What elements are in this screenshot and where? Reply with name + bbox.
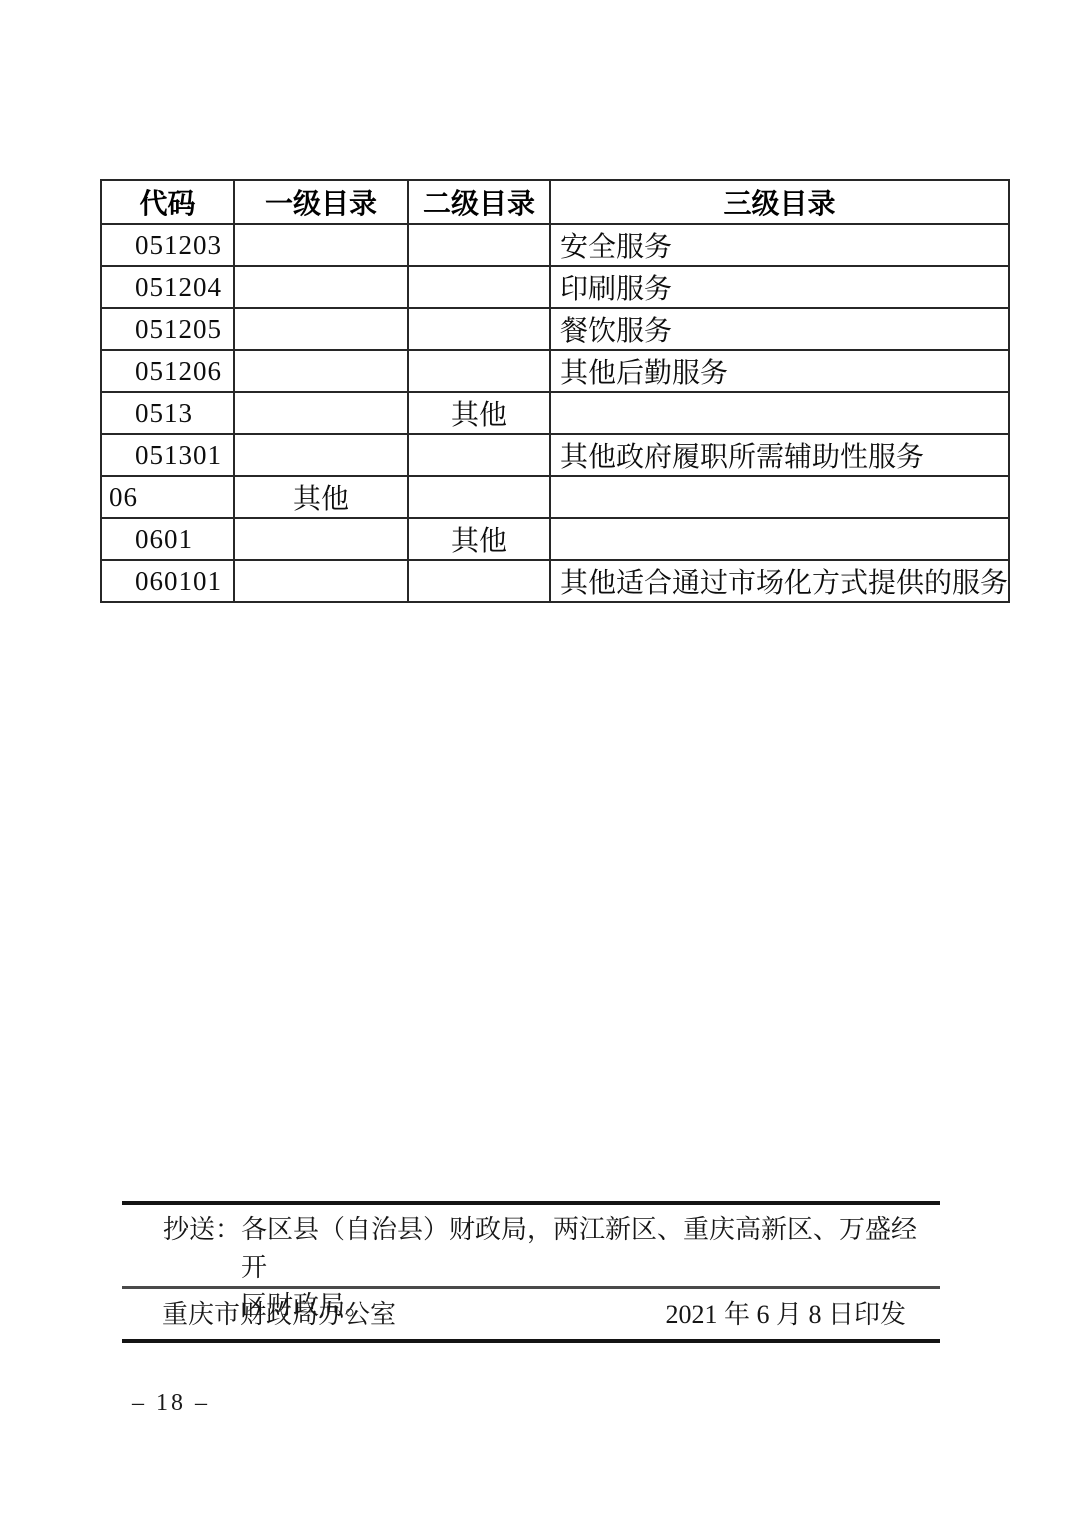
cell-code: 051206	[101, 350, 234, 392]
page-number: – 18 –	[132, 1390, 210, 1417]
cell-code: 0601	[101, 518, 234, 560]
cell-level1	[234, 266, 408, 308]
cell-level1	[234, 224, 408, 266]
table-row: 051206 其他后勤服务	[101, 350, 1009, 392]
cell-level2	[408, 350, 550, 392]
cell-level2	[408, 560, 550, 602]
cell-level2: 其他	[408, 518, 550, 560]
cell-level3	[550, 518, 1009, 560]
print-date: 2021 年 6 月 8 日印发	[665, 1298, 906, 1332]
cell-level2	[408, 476, 550, 518]
table-row: 051301 其他政府履职所需辅助性服务	[101, 434, 1009, 476]
cell-code: 051204	[101, 266, 234, 308]
table-row: 051205 餐饮服务	[101, 308, 1009, 350]
cell-code: 060101	[101, 560, 234, 602]
cell-level3: 其他政府履职所需辅助性服务	[550, 434, 1009, 476]
cell-code: 0513	[101, 392, 234, 434]
cell-code: 051301	[101, 434, 234, 476]
cell-level1: 其他	[234, 476, 408, 518]
col-header-level3: 三级目录	[550, 180, 1009, 224]
cell-code: 051205	[101, 308, 234, 350]
cell-level1	[234, 560, 408, 602]
table-header-row: 代码 一级目录 二级目录 三级目录	[101, 180, 1009, 224]
table-row: 051203 安全服务	[101, 224, 1009, 266]
cell-level1	[234, 350, 408, 392]
cell-code: 06	[101, 476, 234, 518]
cell-level3	[550, 476, 1009, 518]
cell-level2	[408, 224, 550, 266]
table-row: 051204 印刷服务	[101, 266, 1009, 308]
cell-level3	[550, 392, 1009, 434]
cc-line1: 各区县（自治县）财政局，两江新区、重庆高新区、万盛经开	[241, 1211, 943, 1287]
cell-level2	[408, 308, 550, 350]
cell-level3: 印刷服务	[550, 266, 1009, 308]
footer-rule-middle	[122, 1286, 940, 1289]
issuing-office: 重庆市财政局办公室	[162, 1298, 396, 1332]
issue-row: 重庆市财政局办公室 2021 年 6 月 8 日印发	[162, 1298, 906, 1332]
cell-level2	[408, 266, 550, 308]
cell-level2: 其他	[408, 392, 550, 434]
cc-label: 抄送：	[163, 1211, 241, 1249]
col-header-level2: 二级目录	[408, 180, 550, 224]
table-row: 0513 其他	[101, 392, 1009, 434]
cell-level3: 其他后勤服务	[550, 350, 1009, 392]
cell-level1	[234, 308, 408, 350]
cell-level1	[234, 434, 408, 476]
col-header-code: 代码	[101, 180, 234, 224]
cell-level3: 安全服务	[550, 224, 1009, 266]
cell-level3: 餐饮服务	[550, 308, 1009, 350]
footer-rule-bottom	[122, 1339, 940, 1343]
cell-level2	[408, 434, 550, 476]
document-page: 代码 一级目录 二级目录 三级目录 051203 安全服务 051204 印刷服…	[0, 0, 1074, 1520]
cell-level1	[234, 518, 408, 560]
table-row: 060101 其他适合通过市场化方式提供的服务	[101, 560, 1009, 602]
table-row: 0601 其他	[101, 518, 1009, 560]
footer-rule-top	[122, 1201, 940, 1205]
cell-level1	[234, 392, 408, 434]
table-row: 06 其他	[101, 476, 1009, 518]
col-header-level1: 一级目录	[234, 180, 408, 224]
cell-code: 051203	[101, 224, 234, 266]
catalog-table: 代码 一级目录 二级目录 三级目录 051203 安全服务 051204 印刷服…	[100, 179, 1010, 603]
cell-level3: 其他适合通过市场化方式提供的服务	[550, 560, 1009, 602]
